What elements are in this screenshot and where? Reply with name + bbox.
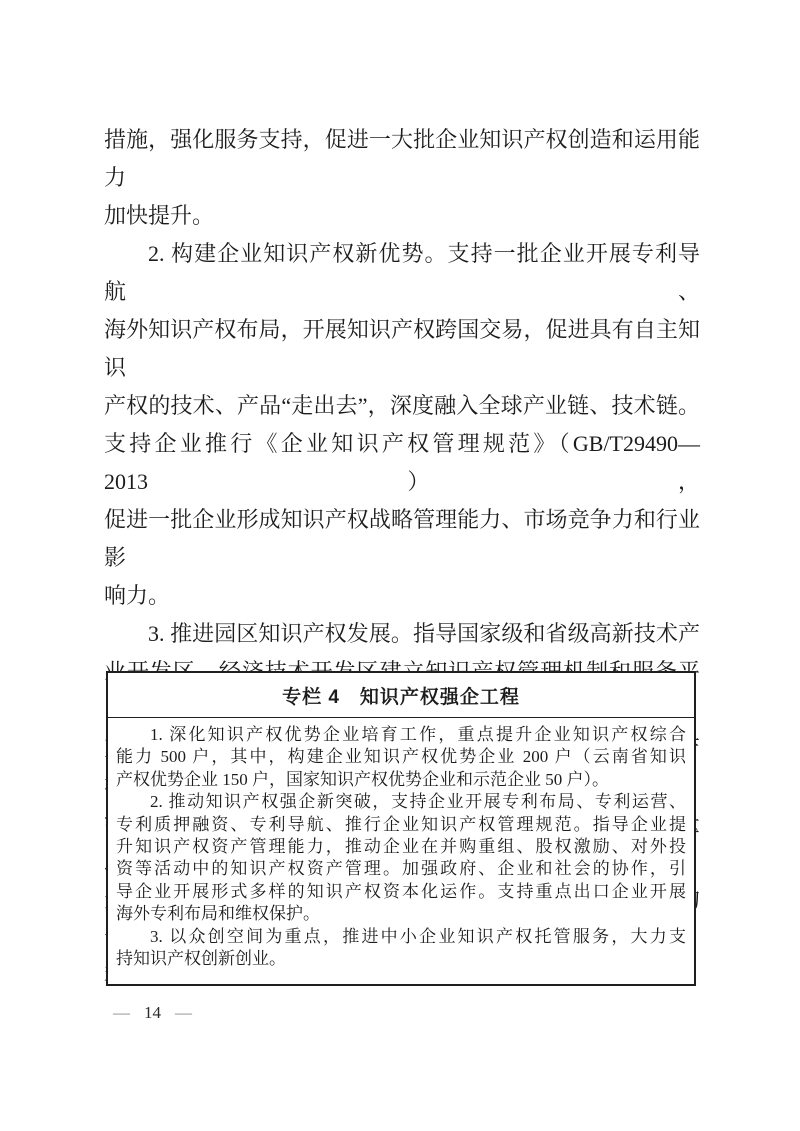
text-line: 1. 深化知识产权优势企业培育工作，重点提升企业知识产权综合 bbox=[116, 724, 686, 746]
document-page: 措施，强化服务支持，促进一大批企业知识产权创造和运用能力加快提升。2. 构建企业… bbox=[0, 0, 800, 1131]
text-line: 2. 推动知识产权强企新突破，支持企业开展专利布局、专利运营、 bbox=[116, 791, 686, 813]
text-line: 专利质押融资、专利导航、推行企业知识产权管理规范。指导企业提 bbox=[116, 814, 686, 836]
text-line: 海外专利布局和维权保护。 bbox=[116, 903, 686, 925]
text-line: 导企业开展形式多样的知识产权资本化运作。支持重点出口企业开展 bbox=[116, 881, 686, 903]
text-line: 2. 构建企业知识产权新优势。支持一批企业开展专利导航、 bbox=[104, 235, 700, 311]
column-box-4: 专栏 4 知识产权强企工程 1. 深化知识产权优势企业培育工作，重点提升企业知识… bbox=[106, 671, 696, 986]
text-line: 升知识产权资产管理能力，推动企业在并购重组、股权激励、对外投 bbox=[116, 836, 686, 858]
page-footer: —14— bbox=[113, 1003, 192, 1023]
text-line: 响力。 bbox=[104, 577, 700, 615]
text-line: 3. 以众创空间为重点，推进中小企业知识产权托管服务，大力支 bbox=[116, 926, 686, 948]
footer-right-dash: — bbox=[175, 1003, 192, 1022]
text-line: 能力 500 户，其中，构建企业知识产权优势企业 200 户（云南省知识 bbox=[116, 746, 686, 768]
text-line: 3. 推进园区知识产权发展。指导国家级和省级高新技术产 bbox=[104, 615, 700, 653]
page-number: 14 bbox=[144, 1003, 161, 1022]
text-line: 海外知识产权布局，开展知识产权跨国交易，促进具有自主知识 bbox=[104, 311, 700, 387]
text-line: 产权的技术、产品“走出去”，深度融入全球产业链、技术链。 bbox=[104, 387, 700, 425]
text-line: 加快提升。 bbox=[104, 197, 700, 235]
text-line: 资等活动中的知识产权资产管理。加强政府、企业和社会的协作，引 bbox=[116, 858, 686, 880]
text-line: 措施，强化服务支持，促进一大批企业知识产权创造和运用能力 bbox=[104, 121, 700, 197]
column-box-title: 专栏 4 知识产权强企工程 bbox=[108, 673, 694, 718]
footer-left-dash: — bbox=[113, 1003, 130, 1022]
text-line: 支持企业推行《企业知识产权管理规范》（GB/T29490—2013）， bbox=[104, 425, 700, 501]
text-line: 促进一批企业形成知识产权战略管理能力、市场竞争力和行业影 bbox=[104, 501, 700, 577]
text-line: 持知识产权创新创业。 bbox=[116, 948, 686, 970]
text-line: 产权优势企业 150 户，国家知识产权优势企业和示范企业 50 户）。 bbox=[116, 769, 686, 791]
column-box-body: 1. 深化知识产权优势企业培育工作，重点提升企业知识产权综合能力 500 户，其… bbox=[108, 718, 694, 984]
